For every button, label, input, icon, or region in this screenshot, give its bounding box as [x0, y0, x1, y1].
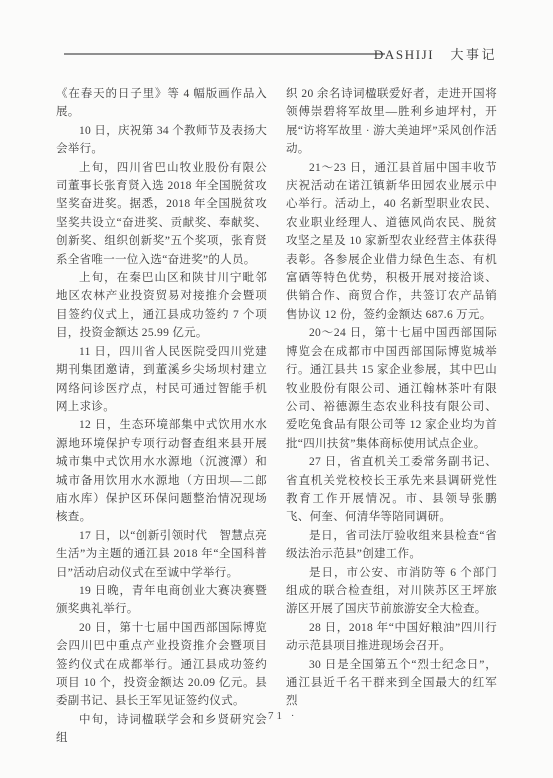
text-columns: 《在春天的日子里》等 4 幅版画作品入展。10 日，庆祝第 34 个教师节及表扬… — [56, 85, 497, 748]
paragraph: 是日，市公安、市消防等 6 个部门组成的联合检查组，对川陕苏区王坪旅游区开展了国… — [286, 564, 497, 619]
paragraph: 21～23 日，通江县首届中国丰收节庆祝活动在诺江镇新华田园农业展示中心举行。活… — [286, 159, 497, 325]
paragraph: 10 日，庆祝第 34 个教师节及表扬大会举行。 — [56, 122, 267, 159]
paragraph: 是日，省司法厅验收组来县检查“省级法治示范县”创建工作。 — [286, 527, 497, 564]
paragraph: 12 日，生态环境部集中式饮用水水源地环境保护专项行动督查组来县开展城市集中式饮… — [56, 416, 267, 526]
left-column: 《在春天的日子里》等 4 幅版画作品入展。10 日，庆祝第 34 个教师节及表扬… — [56, 85, 267, 748]
paragraph: 28 日，2018 年“中国好粮油”四川行动示范县项目推进现场会召开。 — [286, 619, 497, 656]
header-title: 大事记 — [450, 47, 497, 62]
paragraph: 27 日，省直机关工委常务副书记、省直机关党校校长王承先来县调研党性教育工作开展… — [286, 453, 497, 527]
right-column: 织 20 余名诗词楹联爱好者，走进开国将领傅崇碧将军故里—胜利乡迪坪村，开展“访… — [286, 85, 497, 748]
page-footer: · 71 · — [0, 706, 553, 724]
paragraph: 上旬，在秦巴山区和陕甘川宁毗邻地区农林产业投资贸易对接推介会暨项目签约仪式上，通… — [56, 269, 267, 343]
document-page: DASHIJI 大事记 《在春天的日子里》等 4 幅版画作品入展。10 日，庆祝… — [0, 0, 553, 778]
paragraph: 20 日，第十七届中国西部国际博览会四川巴中重点产业投资推介会暨项目签约仪式在成… — [56, 619, 267, 711]
header-text: DASHIJI 大事记 — [374, 44, 497, 63]
paragraph: 织 20 余名诗词楹联爱好者，走进开国将领傅崇碧将军故里—胜利乡迪坪村，开展“访… — [286, 85, 497, 159]
header-rule — [64, 53, 385, 55]
page-number: · 71 · — [256, 710, 298, 722]
header-brand: DASHIJI — [374, 47, 434, 62]
paragraph: 《在春天的日子里》等 4 幅版画作品入展。 — [56, 85, 267, 122]
paragraph: 19 日晚，青年电商创业大赛决赛暨颁奖典礼举行。 — [56, 582, 267, 619]
paragraph: 上旬，四川省巴山牧业股份有限公司董事长张育贤入选 2018 年全国脱贫攻坚奖奋进… — [56, 159, 267, 269]
paragraph: 20～24 日，第十七届中国西部国际博览会在成都市中国西部国际博览城举行。通江县… — [286, 324, 497, 453]
paragraph: 17 日，以“创新引领时代 智慧点亮生活”为主题的通江县 2018 年“全国科普… — [56, 527, 267, 582]
paragraph: 30 日是全国第五个“烈士纪念日”，通江县近千名干群来到全国最大的红军烈 — [286, 656, 497, 711]
paragraph: 11 日，四川省人民医院受四川党建期刊集团邀请，到董溪乡尖场坝村建立网络问诊医疗… — [56, 343, 267, 417]
